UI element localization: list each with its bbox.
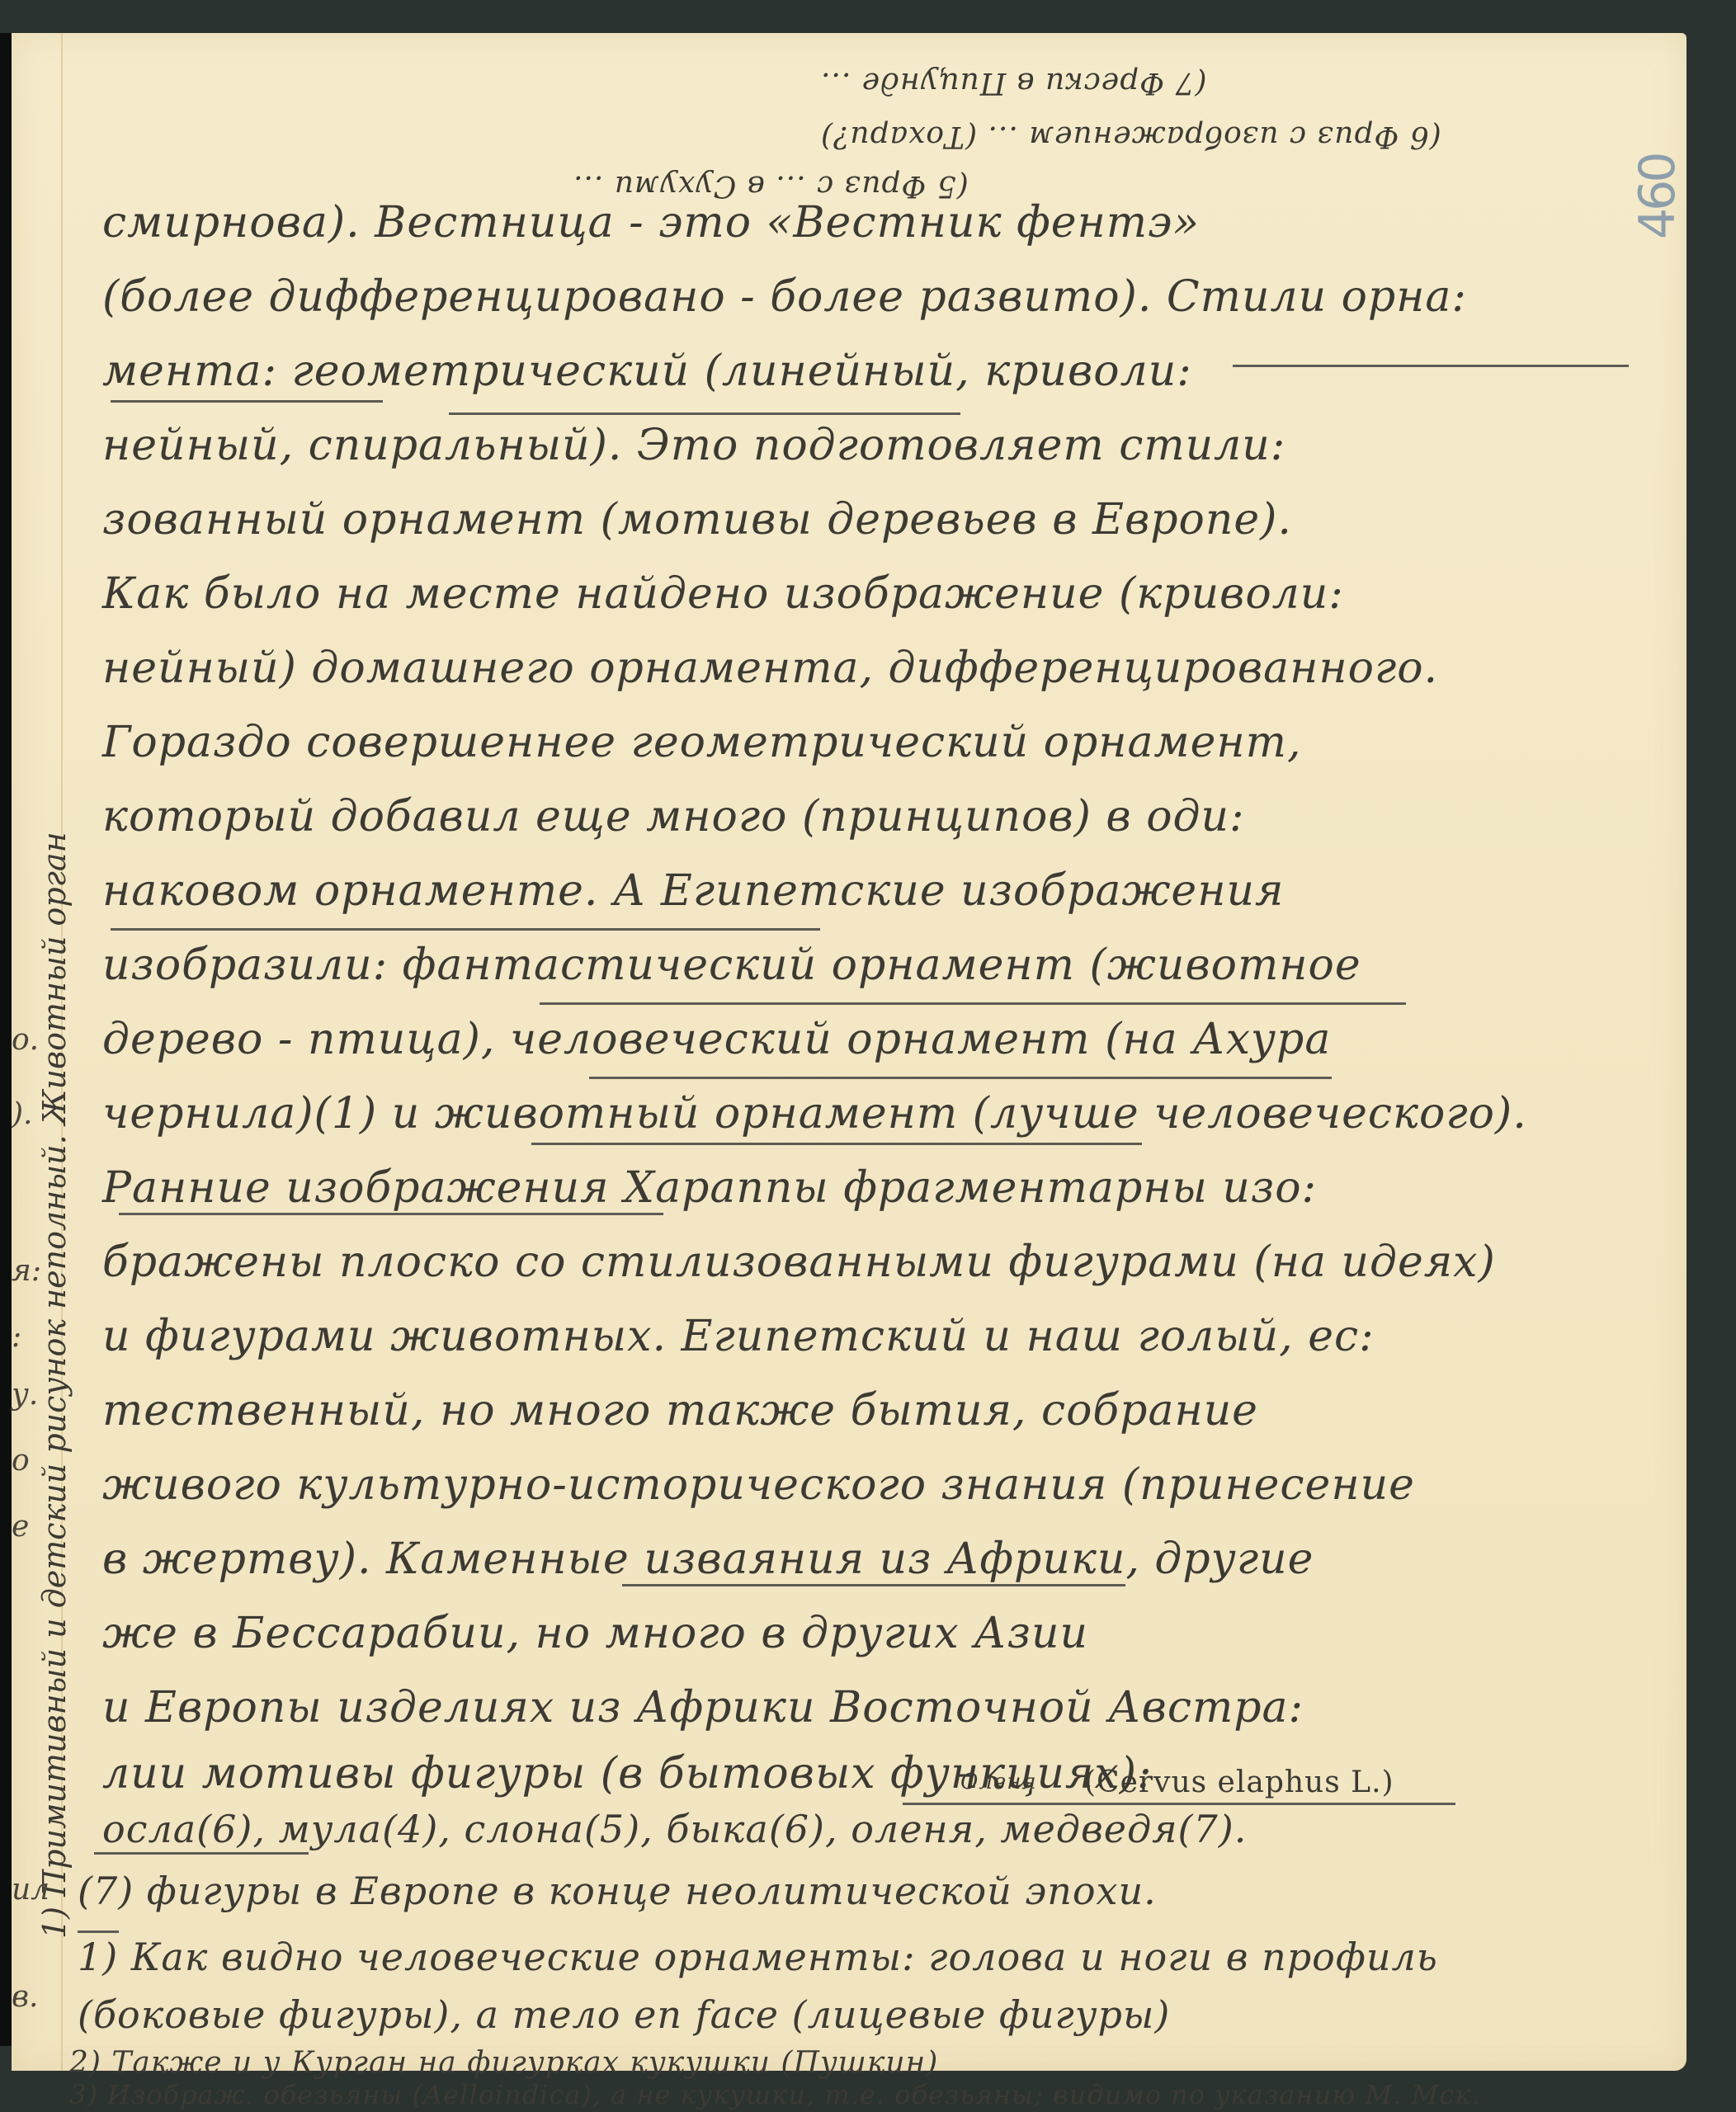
body-line-10: наковом орнаменте. А Египетские изображе… (102, 866, 1284, 916)
body-line-1: смирнова). Вестница - это «Вестник фентэ… (102, 198, 1200, 247)
underline (903, 1803, 1455, 1805)
adjacent-fragment: ил (12, 1873, 50, 1907)
body-line-3: мента: геометрический (линейный, криволи… (102, 346, 1192, 396)
annotation-above-latin: Оленя (960, 1770, 1037, 1794)
underline (589, 1077, 1332, 1079)
margin-note-vertical: 1) Примитивный и детский рисунок неполны… (36, 832, 73, 1939)
underline (119, 1213, 663, 1215)
underline (449, 412, 960, 415)
latin-species-name: (Cervus elaphus L.) (1084, 1765, 1394, 1799)
body-line-18: живого культурно-исторического знания (п… (102, 1460, 1415, 1510)
footnote-1: 1) Как видно человеческие орнаменты: гол… (78, 1935, 1438, 1979)
body-line-20: же в Бессарабии, но много в других Азии (102, 1609, 1088, 1658)
body-line-9: который добавил еще много (принципов) в … (102, 792, 1244, 841)
body-line-6: Как было на месте найдено изображение (к… (102, 569, 1344, 619)
inverted-line-1: (7 Фрески в Пицунде ... (820, 66, 1207, 100)
adjacent-fragment: я: (12, 1254, 41, 1288)
footnote-3: 3) Изображ. обезьяны (Aelloindica), а не… (69, 2079, 1481, 2110)
underline (531, 1143, 1142, 1145)
footnote-2: 2) Также и у Курган на фигурках кукушки … (69, 2046, 938, 2080)
underline (540, 1002, 1406, 1005)
footnote-1-continued: (боковые фигуры), а тело en face (лицевы… (78, 1992, 1170, 2037)
underline (94, 1852, 309, 1855)
body-line-17: тественный, но много также бытия, собран… (102, 1386, 1258, 1435)
body-line-11: изобразили: фантастический орнамент (жив… (102, 940, 1361, 990)
adjacent-page-edge (0, 33, 12, 2046)
body-line-2: (более дифференцировано - более развито)… (102, 272, 1467, 322)
adjacent-fragment: о (12, 1444, 30, 1478)
footnote-continuation: (7) фигуры в Европе в конце неолитическо… (78, 1869, 1157, 1913)
body-line-5: зованный орнамент (мотивы деревьев в Евр… (102, 495, 1292, 544)
body-line-19: в жертву). Каменные изваяния из Африки, … (102, 1534, 1314, 1584)
adjacent-fragment: е (12, 1510, 29, 1544)
footnote-marker (78, 1930, 119, 1933)
underline (622, 1584, 1125, 1586)
body-line-14: Ранние изображения Хараппы фрагментарны … (102, 1163, 1317, 1213)
adjacent-fragment: о. (12, 1023, 39, 1057)
page-number: 460 (1629, 154, 1686, 239)
adjacent-fragment: ). (12, 1097, 33, 1131)
body-line-12: дерево - птица), человеческий орнамент (… (102, 1015, 1331, 1064)
body-line-13: чернила)(1) и животный орнамент (лучше ч… (102, 1089, 1527, 1138)
manuscript-page: (7 Фрески в Пицунде ... (6 Фриз с изобра… (12, 33, 1686, 2071)
adjacent-fragment: в. (12, 1980, 38, 2014)
underline (111, 928, 820, 931)
body-line-21: и Европы изделиях из Африки Восточной Ав… (102, 1683, 1304, 1732)
underline (1233, 365, 1629, 367)
inverted-line-2: (6 Фриз с изображением ... (Тохари?) (820, 120, 1441, 153)
body-line-16: и фигурами животных. Египетский и наш го… (102, 1312, 1375, 1361)
underline (111, 400, 383, 403)
body-line-8: Гораздо совершеннее геометрический орнам… (102, 718, 1302, 767)
body-line-15: бражены плоско со стилизованными фигурам… (102, 1237, 1496, 1287)
adjacent-fragment: : (12, 1320, 21, 1354)
adjacent-fragment: у. (12, 1378, 38, 1412)
body-line-7: нейный) домашнего орнамента, дифференцир… (102, 643, 1438, 693)
body-line-4: нейный, спиральный). Это подготовляет ст… (102, 421, 1285, 470)
body-line-23: осла(6), мула(4), слона(5), быка(6), оле… (102, 1807, 1247, 1851)
